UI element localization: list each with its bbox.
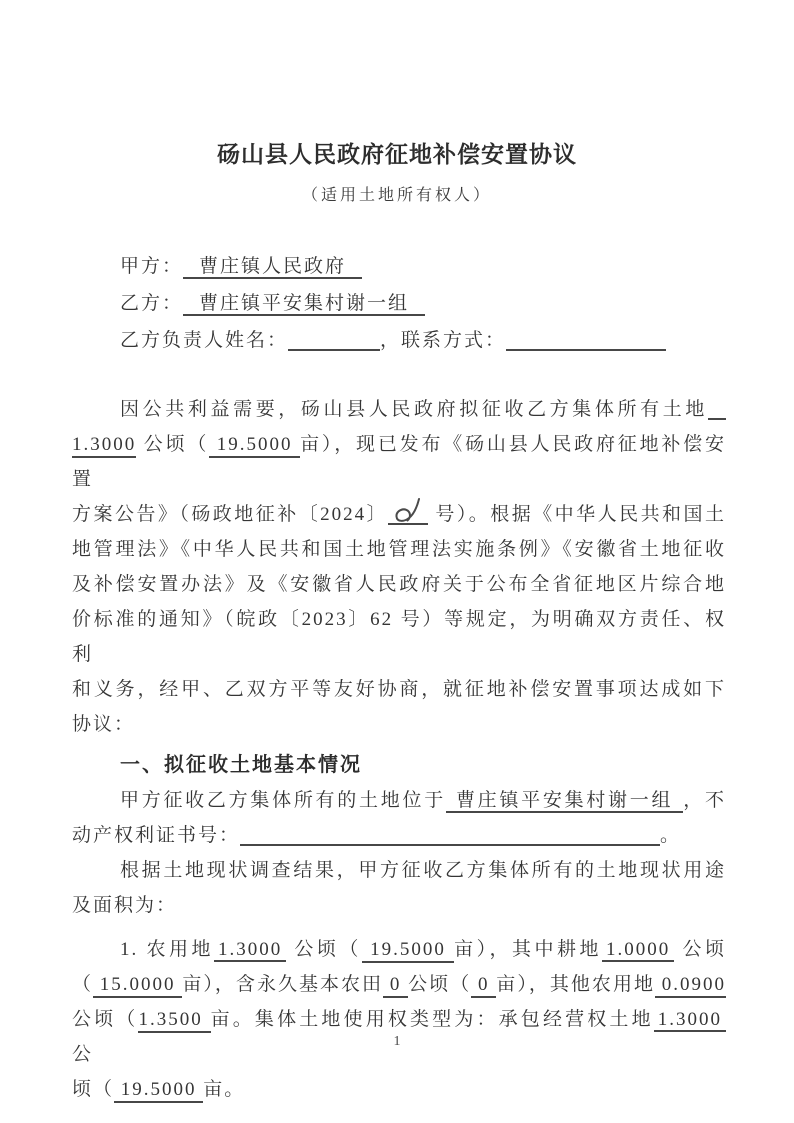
- text-line: 价标准的通知》（皖政〔2023〕62 号）等规定，为明确双方责任、权利: [72, 602, 726, 672]
- underlined-value: 0: [471, 974, 496, 998]
- text-run: 1. 农用地: [120, 939, 214, 960]
- blank-underline: [708, 395, 726, 420]
- text-run: 和义务，经甲、乙双方平等友好协商，就征地补偿安置事项达成如下: [72, 679, 726, 700]
- text-run: 公顷（: [408, 974, 471, 995]
- text-line: 协议：: [72, 707, 726, 742]
- text-line: 1.3000 公顷（ 19.5000 亩），现已发布《砀山县人民政府征地补偿安置: [72, 427, 726, 497]
- text-run: 。: [660, 825, 681, 846]
- blank-underline: [288, 326, 380, 351]
- text-line: 地管理法》《中华人民共和国土地管理法实施条例》《安徽省土地征收: [72, 532, 726, 567]
- party-b-line: 乙方：曹庄镇平安集村谢一组: [120, 285, 726, 322]
- handwritten-doc-number: [388, 500, 428, 525]
- blank-underline: [240, 821, 660, 846]
- text-run: 顷（: [72, 1079, 114, 1100]
- document-title: 砀山县人民政府征地补偿安置协议: [0, 141, 794, 168]
- text-run: 公顷（: [72, 1009, 138, 1030]
- text-run: 一、拟征收土地基本情况: [120, 754, 362, 776]
- text-run: 亩。: [203, 1079, 245, 1100]
- text-line: （ 15.0000 亩），含永久基本农田 0 公顷（ 0 亩），其他农用地 0.…: [72, 967, 726, 1002]
- text-run: 公顷: [674, 939, 726, 960]
- text-run: 亩），其中耕地: [454, 939, 602, 960]
- text-run: 地管理法》《中华人民共和国土地管理法实施条例》《安徽省土地征收: [72, 539, 726, 560]
- text-run: 亩），含永久基本农田: [182, 974, 383, 995]
- text-line: 和义务，经甲、乙双方平等友好协商，就征地补偿安置事项达成如下: [72, 672, 726, 707]
- text-run: 亩），其他农用地: [496, 974, 655, 995]
- handwritten-stroke-icon: [392, 497, 424, 527]
- underlined-value: 曹庄镇平安集村谢一组: [446, 790, 683, 813]
- text-run: ，联系方式：: [380, 330, 506, 351]
- underlined-value: 1.3000: [654, 1009, 726, 1032]
- text-line: 及面积为：: [72, 888, 726, 923]
- section-heading: 一、拟征收土地基本情况: [72, 748, 726, 783]
- underlined-value: 0: [383, 974, 408, 998]
- page: 砀山县人民政府征地补偿安置协议 （适用土地所有权人） 甲方：曹庄镇人民政府乙方：…: [0, 0, 794, 1123]
- underlined-value: 1.3000: [214, 939, 286, 962]
- text-run: 因公共利益需要，砀山县人民政府拟征收乙方集体所有土地: [120, 399, 708, 420]
- text-run: ，不: [683, 790, 726, 811]
- text-run: 及面积为：: [72, 895, 177, 916]
- text-line: 及补偿安置办法》及《安徽省人民政府关于公布全省征地区片综合地: [72, 567, 726, 602]
- text-line: 因公共利益需要，砀山县人民政府拟征收乙方集体所有土地: [72, 392, 726, 427]
- underlined-value: 1.3000: [72, 434, 136, 458]
- blank-underline: [506, 326, 666, 351]
- underlined-value: 曹庄镇平安集村谢一组: [183, 293, 425, 316]
- underlined-value: 曹庄镇人民政府: [183, 256, 362, 279]
- underlined-value: 1.0000: [602, 939, 674, 962]
- underlined-value: 19.5000: [209, 434, 300, 458]
- text-line: 动产权利证书号：。: [72, 818, 726, 853]
- party-block: 甲方：曹庄镇人民政府乙方：曹庄镇平安集村谢一组乙方负责人姓名：，联系方式：: [72, 248, 726, 359]
- text-run: 根据土地现状调查结果，甲方征收乙方集体所有的土地现状用途: [120, 860, 726, 881]
- text-run: 价标准的通知》（皖政〔2023〕62 号）等规定，为明确双方责任、权利: [72, 609, 726, 665]
- text-line: 根据土地现状调查结果，甲方征收乙方集体所有的土地现状用途: [72, 853, 726, 888]
- text-run: 动产权利证书号：: [72, 825, 240, 846]
- section-1-heading: 一、拟征收土地基本情况: [72, 748, 726, 783]
- document-body: 甲方：曹庄镇人民政府乙方：曹庄镇平安集村谢一组乙方负责人姓名：，联系方式：因公共…: [0, 248, 794, 1107]
- text-run: 甲方：: [120, 256, 183, 277]
- underlined-value: 0.0900: [655, 974, 726, 998]
- item-1-paragraph: 1. 农用地1.3000 公顷（ 19.5000 亩），其中耕地1.0000 公…: [72, 932, 726, 1107]
- text-run: 公顷（: [136, 434, 209, 455]
- page-number: 1: [0, 1034, 794, 1050]
- text-run: 甲方征收乙方集体所有的土地位于: [120, 790, 446, 811]
- text-line: 方案公告》（砀政地征补〔2024〕 号）。根据《中华人民共和国土: [72, 497, 726, 532]
- party-contact-line: 乙方负责人姓名：，联系方式：: [120, 322, 726, 359]
- underlined-value: 19.5000: [114, 1079, 203, 1103]
- text-run: 及补偿安置办法》及《安徽省人民政府关于公布全省征地区片综合地: [72, 574, 726, 595]
- text-line: 顷（ 19.5000 亩。: [72, 1072, 726, 1107]
- text-line: 1. 农用地1.3000 公顷（ 19.5000 亩），其中耕地1.0000 公…: [72, 932, 726, 967]
- text-run: 号）。根据《中华人民共和国土: [428, 504, 726, 525]
- preamble-paragraph: 因公共利益需要，砀山县人民政府拟征收乙方集体所有土地1.3000 公顷（ 19.…: [72, 392, 726, 742]
- text-run: 乙方负责人姓名：: [120, 330, 288, 351]
- text-run: （: [72, 974, 93, 995]
- text-run: 公顷（: [286, 939, 362, 960]
- underlined-value: 1.3500: [138, 1009, 210, 1033]
- text-run: 亩。集体土地使用权类型为：承包经营权土地: [211, 1009, 654, 1030]
- section-1-body: 甲方征收乙方集体所有的土地位于曹庄镇平安集村谢一组，不动产权利证书号：。根据土地…: [72, 783, 726, 923]
- underlined-value: 15.0000: [93, 974, 182, 998]
- document-subtitle: （适用土地所有权人）: [0, 182, 794, 205]
- text-run: 协议：: [72, 714, 135, 735]
- text-run: 乙方：: [120, 293, 183, 314]
- underlined-value: 19.5000: [362, 939, 454, 963]
- text-run: 方案公告》（砀政地征补〔2024〕: [72, 504, 388, 525]
- text-line: 甲方征收乙方集体所有的土地位于曹庄镇平安集村谢一组，不: [72, 783, 726, 818]
- party-a-line: 甲方：曹庄镇人民政府: [120, 248, 726, 285]
